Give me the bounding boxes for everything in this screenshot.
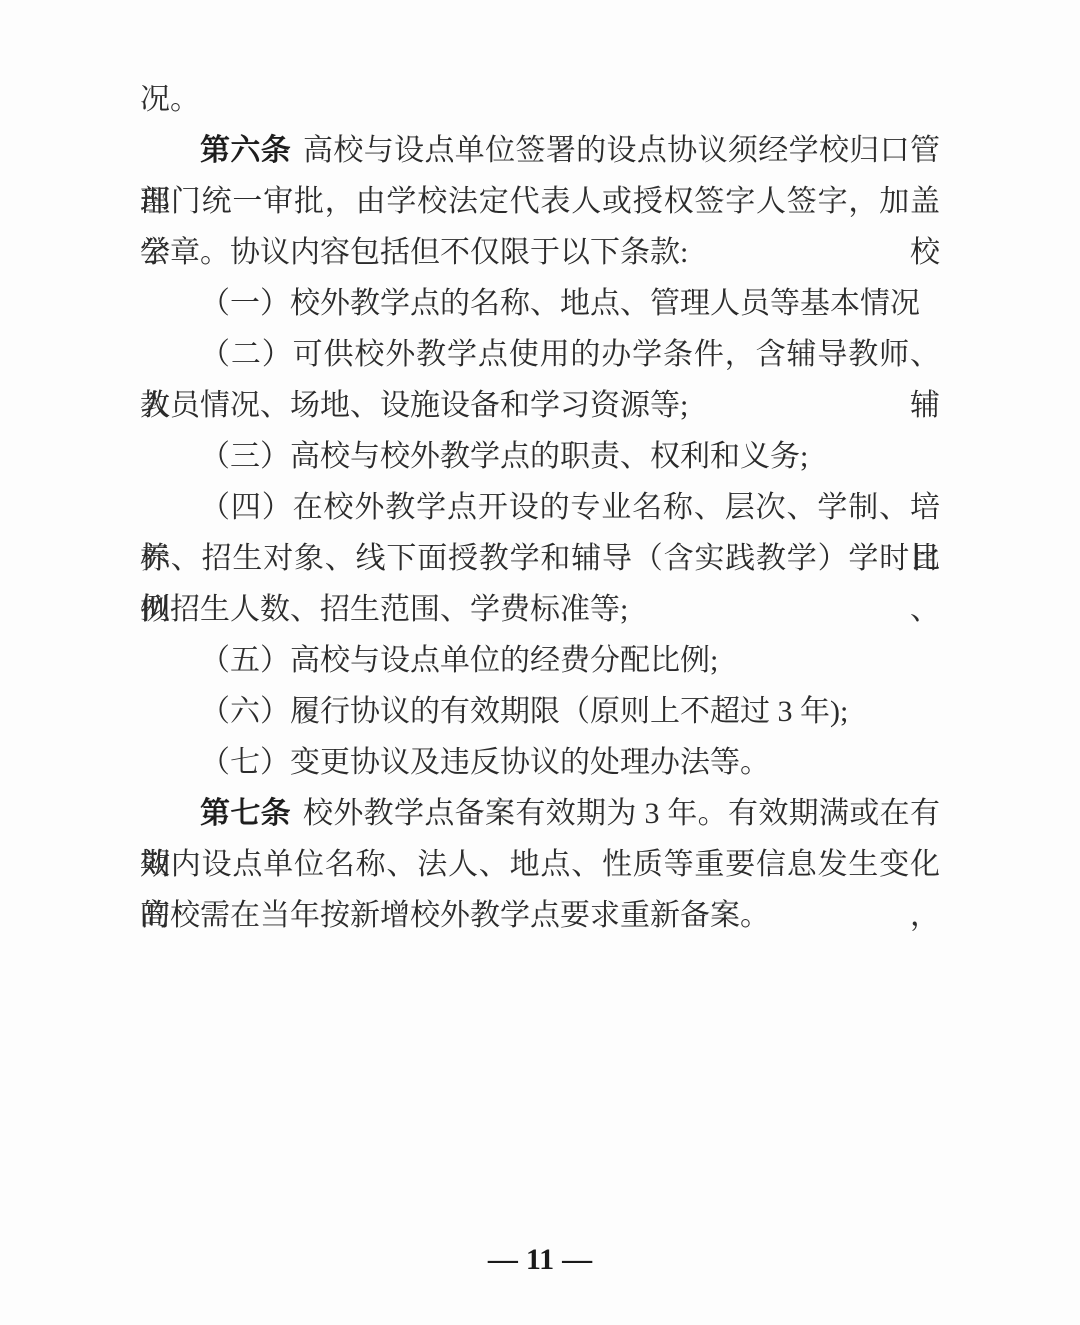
line-text: 况。 (140, 83, 200, 116)
document-body: 况。第六条高校与设点单位签署的设点协议须经学校归口管理部门统一审批，由学校法定代… (140, 74, 940, 941)
text-line: 期内设点单位名称、法人、地点、性质等重要信息发生变化的， (140, 839, 940, 890)
line-text: 人员情况、场地、设施设备和学习资源等; (140, 389, 688, 422)
text-line: （五）高校与设点单位的经费分配比例; (140, 635, 940, 686)
footer-right-dash: — (554, 1243, 600, 1276)
article-number: 第七条 (200, 797, 291, 830)
page-number: 11 (526, 1243, 554, 1276)
line-text: 拟招生人数、招生范围、学费标准等; (140, 593, 628, 626)
line-text: （一）校外教学点的名称、地点、管理人员等基本情况 (200, 287, 920, 320)
article-number: 第六条 (200, 134, 291, 167)
text-line: （六）履行协议的有效期限（原则上不超过 3 年); (140, 686, 940, 737)
text-line: 况。 (140, 74, 940, 125)
text-line: （四）在校外教学点开设的专业名称、层次、学制、培养目 (140, 482, 940, 533)
text-line: （一）校外教学点的名称、地点、管理人员等基本情况 (140, 278, 940, 329)
text-line: 第七条校外教学点备案有效期为 3 年。有效期满或在有效 (140, 788, 940, 839)
line-text: （五）高校与设点单位的经费分配比例; (200, 644, 718, 677)
document-page: 况。第六条高校与设点单位签署的设点协议须经学校归口管理部门统一审批，由学校法定代… (0, 0, 1080, 1325)
line-text: 高校需在当年按新增校外教学点要求重新备案。 (140, 899, 770, 932)
text-line: （七）变更协议及违反协议的处理办法等。 (140, 737, 940, 788)
footer-left-dash: — (480, 1243, 526, 1276)
line-text: （三）高校与校外教学点的职责、权利和义务; (200, 440, 808, 473)
line-text: 公章。协议内容包括但不仅限于以下条款: (140, 236, 688, 269)
text-line: 标、招生对象、线下面授教学和辅导（含实践教学）学时比例、 (140, 533, 940, 584)
text-line: （二）可供校外教学点使用的办学条件，含辅导教师、教辅 (140, 329, 940, 380)
text-line: （三）高校与校外教学点的职责、权利和义务; (140, 431, 940, 482)
line-text: （七）变更协议及违反协议的处理办法等。 (200, 746, 770, 779)
text-line: 部门统一审批，由学校法定代表人或授权签字人签字，加盖学校 (140, 176, 940, 227)
text-line: 第六条高校与设点单位签署的设点协议须经学校归口管理 (140, 125, 940, 176)
line-text: （六）履行协议的有效期限（原则上不超过 3 年); (200, 695, 848, 728)
page-footer: —11— (0, 1243, 1080, 1277)
